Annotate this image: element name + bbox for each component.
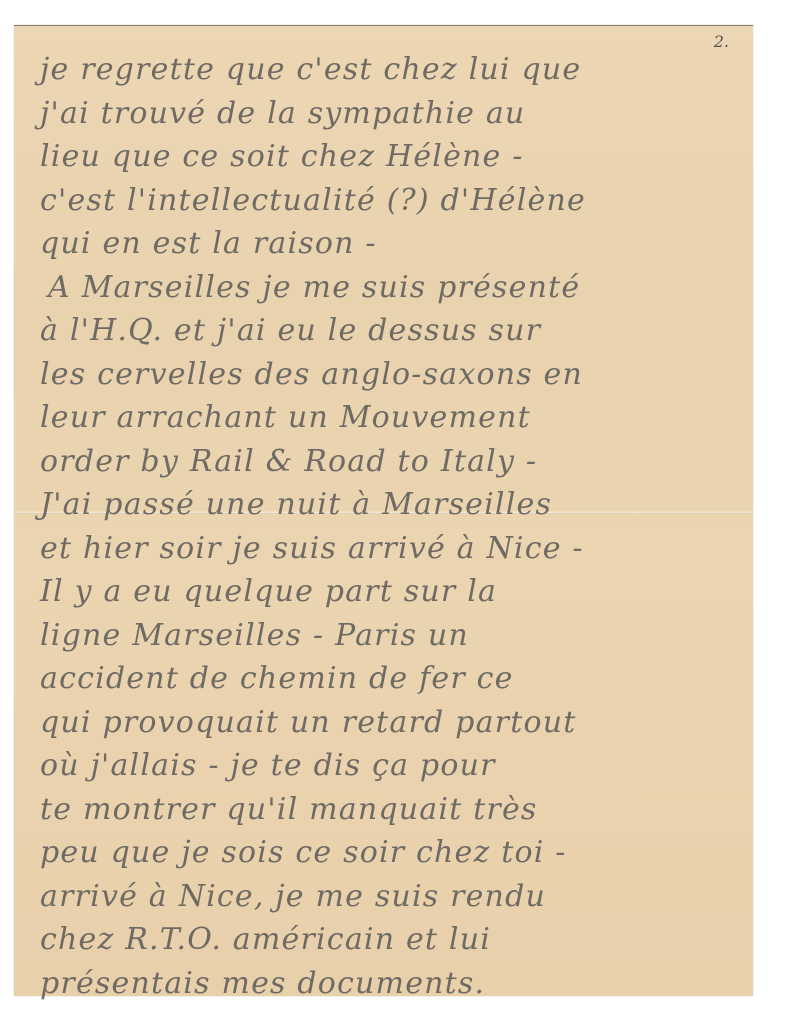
text-line: j'ai trouvé de la sympathie au xyxy=(40,92,740,136)
text-line: et hier soir je suis arrivé à Nice - xyxy=(40,527,740,571)
text-line: te montrer qu'il manquait très xyxy=(40,788,740,832)
text-line: A Marseilles je me suis présenté xyxy=(40,266,740,310)
text-line: J'ai passé une nuit à Marseilles xyxy=(40,483,740,527)
letter-page: 2. je regrette que c'est chez lui que j'… xyxy=(14,25,753,996)
text-line: arrivé à Nice, je me suis rendu xyxy=(40,875,740,919)
text-line: peu que je sois ce soir chez toi - xyxy=(40,831,740,875)
text-line: leur arrachant un Mouvement xyxy=(40,396,740,440)
text-line: ligne Marseilles - Paris un xyxy=(40,614,740,658)
text-line: où j'allais - je te dis ça pour xyxy=(40,744,740,788)
text-line: chez R.T.O. américain et lui xyxy=(40,918,740,962)
text-line: Il y a eu quelque part sur la xyxy=(40,570,740,614)
text-line: accident de chemin de fer ce xyxy=(40,657,740,701)
text-line: les cervelles des anglo-saxons en xyxy=(40,353,740,397)
text-line: c'est l'intellectualité (?) d'Hélène xyxy=(40,179,740,223)
text-line: présentais mes documents. xyxy=(40,962,740,1006)
text-line: qui en est la raison - xyxy=(40,222,740,266)
text-line: lieu que ce soit chez Hélène - xyxy=(40,135,740,179)
text-line: à l'H.Q. et j'ai eu le dessus sur xyxy=(40,309,740,353)
text-line: order by Rail & Road to Italy - xyxy=(40,440,740,484)
text-line: qui provoquait un retard partout xyxy=(40,701,740,745)
text-line: je regrette que c'est chez lui que xyxy=(40,48,740,92)
handwritten-text-body: je regrette que c'est chez lui que j'ai … xyxy=(40,48,740,1005)
